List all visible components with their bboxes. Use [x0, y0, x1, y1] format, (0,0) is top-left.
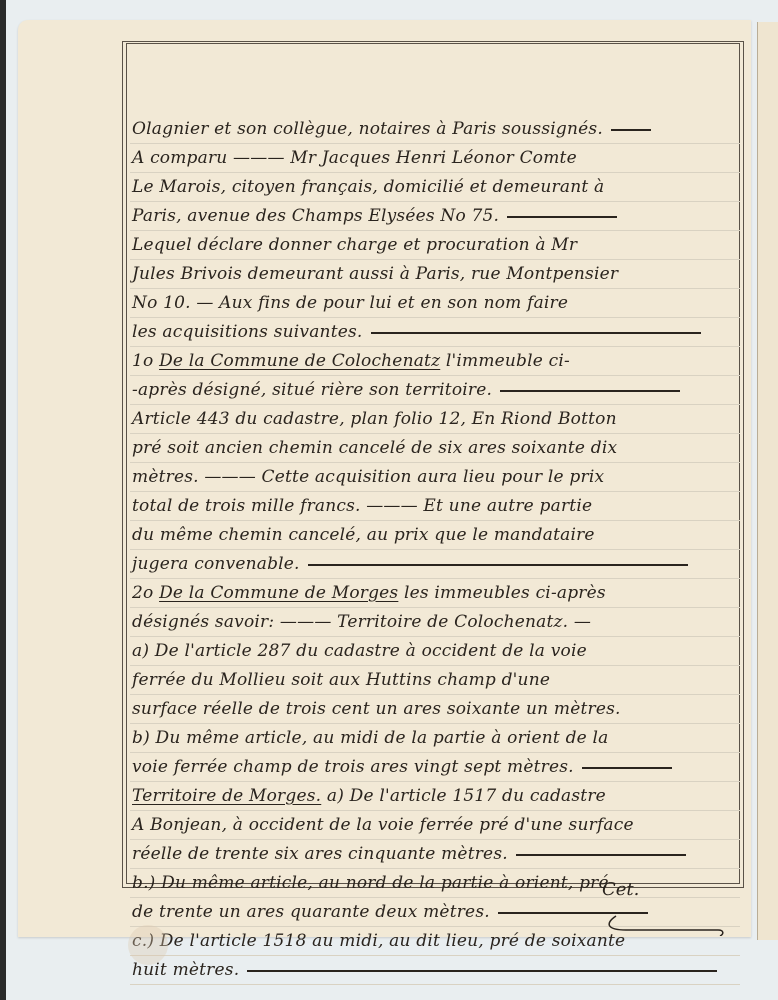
next-page-edge	[757, 22, 778, 940]
text-line: -après désigné, situé rière son territoi…	[130, 376, 740, 405]
line-text: les acquisitions suivantes.	[130, 318, 363, 346]
text-line: ferrée du Mollieu soit aux Huttins champ…	[130, 666, 740, 695]
line-text: No 10. — Aux fins de pour lui et en son …	[130, 289, 568, 317]
line-text: total de trois mille francs. ——— Et une …	[130, 492, 592, 520]
text-line: b) Du même article, au midi de la partie…	[130, 724, 740, 753]
line-text: surface réelle de trois cent un ares soi…	[130, 695, 621, 723]
line-text: 2o De la Commune de Morges les immeubles…	[130, 579, 606, 607]
line-text: Jules Brivois demeurant aussi à Paris, r…	[130, 260, 618, 288]
text-line: Olagnier et son collègue, notaires à Par…	[130, 115, 740, 144]
text-line: A comparu ——— Mr Jacques Henri Léonor Co…	[130, 144, 740, 173]
filler-dash	[507, 216, 617, 218]
filler-dash	[500, 390, 680, 392]
signature-flourish-icon	[606, 912, 726, 936]
line-text: du même chemin cancelé, au prix que le m…	[130, 521, 595, 549]
filler-dash	[371, 332, 701, 334]
line-text: jugera convenable.	[130, 550, 300, 578]
line-text: pré soit ancien chemin cancelé de six ar…	[130, 434, 617, 462]
text-line: Le Marois, citoyen français, domicilié e…	[130, 173, 740, 202]
line-text: Olagnier et son collègue, notaires à Par…	[130, 115, 603, 143]
text-line: réelle de trente six ares cinquante mètr…	[130, 840, 740, 869]
filler-dash	[611, 129, 651, 131]
text-line: surface réelle de trois cent un ares soi…	[130, 695, 740, 724]
line-text: c.) De l'article 1518 au midi, au dit li…	[130, 927, 625, 955]
signature: Cet.	[602, 879, 639, 900]
line-text: mètres. ——— Cette acquisition aura lieu …	[130, 463, 604, 491]
text-line: 2o De la Commune de Morges les immeubles…	[130, 579, 740, 608]
text-line: Article 443 du cadastre, plan folio 12, …	[130, 405, 740, 434]
text-line: 1o De la Commune de Colochenatz l'immeub…	[130, 347, 740, 376]
text-line: A Bonjean, à occident de la voie ferrée …	[130, 811, 740, 840]
line-text: a) De l'article 287 du cadastre à occide…	[130, 637, 587, 665]
scanner-edge	[0, 0, 6, 1000]
text-line: b.) Du même article, au nord de la parti…	[130, 869, 740, 898]
line-text: voie ferrée champ de trois ares vingt se…	[130, 753, 574, 781]
text-line: jugera convenable.	[130, 550, 740, 579]
filler-dash	[516, 854, 686, 856]
text-line: voie ferrée champ de trois ares vingt se…	[130, 753, 740, 782]
line-text: réelle de trente six ares cinquante mètr…	[130, 840, 508, 868]
line-text: de trente un ares quarante deux mètres.	[130, 898, 490, 926]
filler-dash	[308, 564, 688, 566]
text-line: désignés savoir: ——— Territoire de Coloc…	[130, 608, 740, 637]
filler-dash	[582, 767, 672, 769]
text-line: Territoire de Morges. a) De l'article 15…	[130, 782, 740, 811]
line-text: -après désigné, situé rière son territoi…	[130, 376, 492, 404]
line-text: A Bonjean, à occident de la voie ferrée …	[130, 811, 634, 839]
line-text: Paris, avenue des Champs Elysées No 75.	[130, 202, 499, 230]
text-line: les acquisitions suivantes.	[130, 318, 740, 347]
filler-dash	[247, 970, 717, 972]
line-text: désignés savoir: ——— Territoire de Coloc…	[130, 608, 591, 636]
line-text: Lequel déclare donner charge et procurat…	[130, 231, 577, 259]
text-line: mètres. ——— Cette acquisition aura lieu …	[130, 463, 740, 492]
text-line: Lequel déclare donner charge et procurat…	[130, 231, 740, 260]
text-line: total de trois mille francs. ——— Et une …	[130, 492, 740, 521]
text-line: Paris, avenue des Champs Elysées No 75.	[130, 202, 740, 231]
handwritten-text-block: Olagnier et son collègue, notaires à Par…	[130, 115, 740, 985]
line-text: Territoire de Morges. a) De l'article 15…	[130, 782, 606, 810]
text-line: du même chemin cancelé, au prix que le m…	[130, 521, 740, 550]
line-text: Le Marois, citoyen français, domicilié e…	[130, 173, 604, 201]
text-line: pré soit ancien chemin cancelé de six ar…	[130, 434, 740, 463]
line-text: 1o De la Commune de Colochenatz l'immeub…	[130, 347, 570, 375]
line-text: Article 443 du cadastre, plan folio 12, …	[130, 405, 617, 433]
line-text: ferrée du Mollieu soit aux Huttins champ…	[130, 666, 550, 694]
text-line: a) De l'article 287 du cadastre à occide…	[130, 637, 740, 666]
text-line: No 10. — Aux fins de pour lui et en son …	[130, 289, 740, 318]
line-text: b) Du même article, au midi de la partie…	[130, 724, 609, 752]
text-line: Jules Brivois demeurant aussi à Paris, r…	[130, 260, 740, 289]
text-line: huit mètres.	[130, 956, 740, 985]
line-text: b.) Du même article, au nord de la parti…	[130, 869, 609, 897]
line-text: A comparu ——— Mr Jacques Henri Léonor Co…	[130, 144, 577, 172]
paper-stain	[128, 925, 168, 965]
